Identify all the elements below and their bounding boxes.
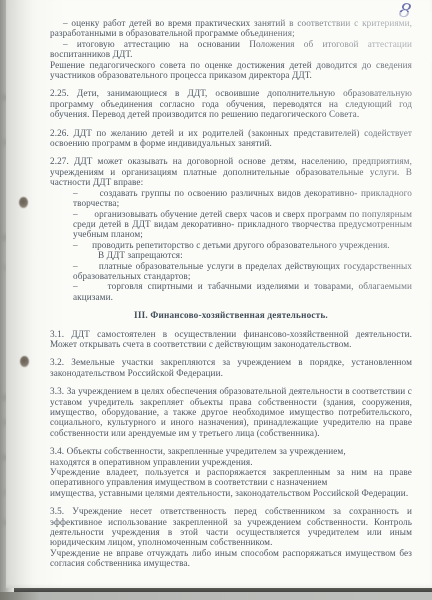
paragraph-3-1: 3.1. ДДТ самостоятелен в осуществлении ф… — [50, 329, 412, 350]
scanner-bed-below-page — [0, 592, 432, 600]
bullet-final-attestation: – итоговую аттестацию на основании Полож… — [50, 39, 412, 60]
subbullet-extra-teaching: – организовывать обучение детей сверх ча… — [50, 209, 412, 240]
paragraph-3-3: 3.3. За учреждением в целях обеспечения … — [50, 386, 412, 438]
scanned-document-page: 8 – оценку работ детей во время практиче… — [0, 0, 432, 600]
paragraph-3-5: 3.5. Учреждение несет ответственность пе… — [50, 506, 412, 568]
paragraph-3-2: 3.2. Земельные участки закрепляются за у… — [50, 357, 412, 378]
paragraph-2-27: 2.27. ДДТ может оказывать на договорной … — [50, 156, 412, 187]
paragraph-2-26: 2.26. ДДТ по желанию детей и их родителе… — [50, 128, 412, 149]
subbullet-paid-services: – платные образовательные услуги в преде… — [50, 261, 412, 282]
line-prohibited-intro: В ДДТ запрещаются: — [50, 250, 412, 260]
subbullet-tutoring: – проводить репетиторство с детьми друго… — [50, 240, 412, 250]
bullet-assessment-of-works: – оценку работ детей во время практическ… — [50, 18, 412, 39]
paragraph-2-25: 2.25. Дети, занимающиеся в ДДТ, освоивши… — [50, 88, 412, 119]
paragraph-council-decision: Решение педагогического совета по оценке… — [50, 60, 412, 81]
subbullet-alcohol-tobacco: – торговля спиртными и табачными изделия… — [50, 281, 412, 302]
subbullet-create-groups: – создавать группы по освоению различных… — [50, 188, 412, 209]
hole-punch-top — [19, 197, 28, 208]
hole-punch-bottom — [20, 356, 29, 367]
document-content: – оценку работ детей во время практическ… — [50, 18, 412, 569]
section-heading-finance: III. Финансово-хозяйственная деятельност… — [50, 310, 412, 320]
paragraph-3-4: 3.4. Объекты собственности, закрепленные… — [50, 446, 412, 498]
